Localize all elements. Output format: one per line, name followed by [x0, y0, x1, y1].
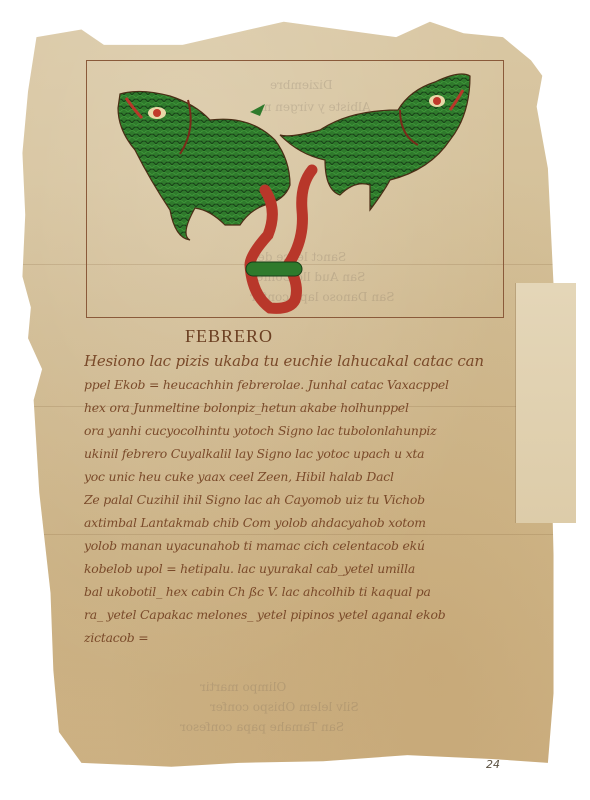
text-line: ora yanhi cucyocolhintu yotoch Signo lac… — [84, 419, 524, 442]
text-line: ukinil febrero Cuyalkalil lay Signo lac … — [84, 442, 524, 465]
text-line: Hesiono lac pizis ukaba tu euchie lahuca… — [84, 350, 524, 373]
text-line: bal ukobotil_ hex cabin Ch ßc V. lac ahc… — [84, 580, 524, 603]
text-line: ra_ yetel Capakac melones_ yetel pipinos… — [84, 603, 524, 626]
text-line: ppel Ekob = heucachhin febrerolae. Junha… — [84, 373, 524, 396]
month-heading: FEBRERO — [185, 326, 273, 347]
pisces-illustration — [100, 60, 480, 320]
show-through-text: Silv lelem Obispo confer — [210, 700, 359, 714]
text-line: kobelob upol = hetipalu. lac uyurakal ca… — [84, 557, 524, 580]
left-fish-icon — [118, 91, 290, 240]
show-through-text: Olimpo martir — [200, 680, 286, 694]
folio-number: 24 — [486, 758, 500, 771]
text-line: axtimbal Lantakmab chib Com yolob ahdacy… — [84, 511, 524, 534]
text-line: Ze palal Cuzihil ihil Signo lac ah Cayom… — [84, 488, 524, 511]
text-line: zictacob = — [84, 626, 524, 649]
text-line: hex ora Junmeltine bolonpiz_hetun akabe … — [84, 396, 524, 419]
show-through-text: San Tamahe papa confesor — [180, 720, 344, 734]
repair-paper-strip — [516, 283, 576, 523]
text-line: yolob manan uyacunahob ti mamac cich cel… — [84, 534, 524, 557]
text-line: yoc unic heu cuke yaax ceel Zeen, Hibil … — [84, 465, 524, 488]
manuscript-body: Hesiono lac pizis ukaba tu euchie lahuca… — [84, 350, 524, 649]
